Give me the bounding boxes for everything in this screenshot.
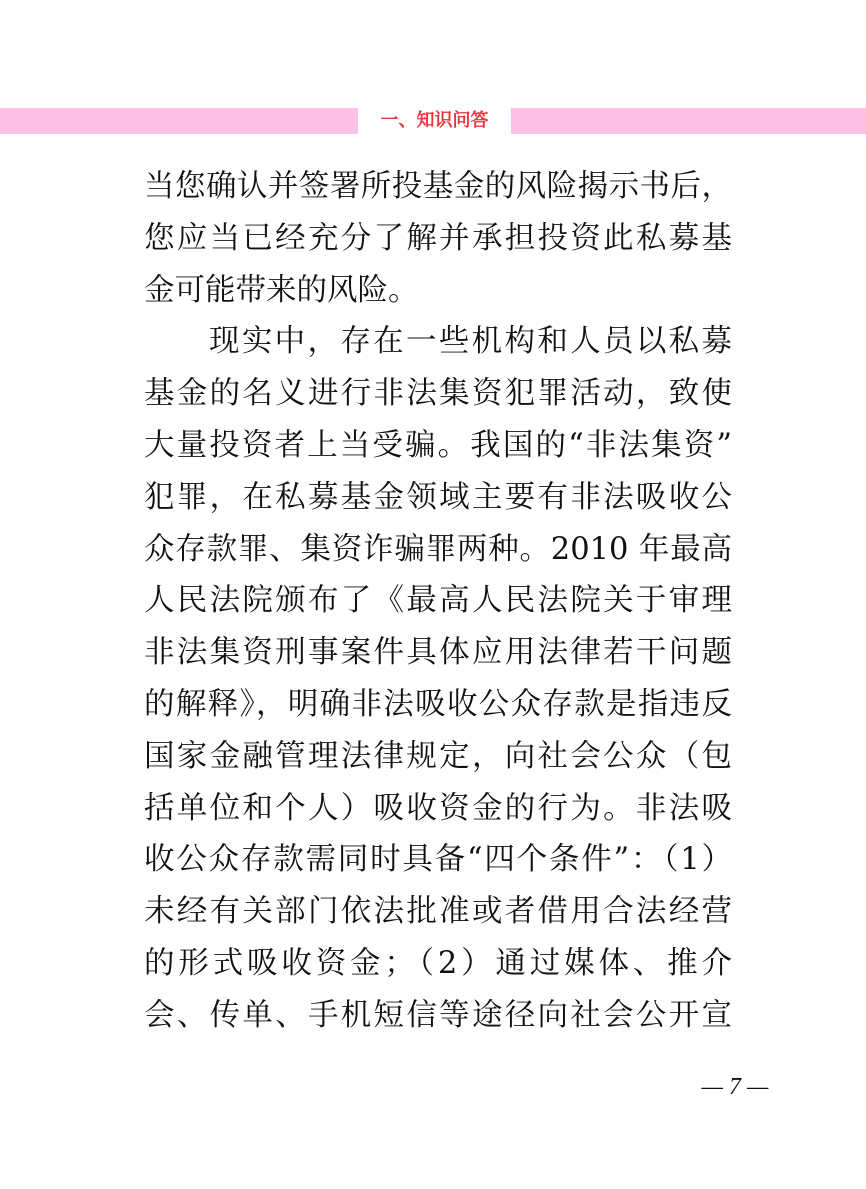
- text-line: 犯罪，在私募基金领域主要有非法吸收公: [144, 472, 732, 524]
- header-band-left: [0, 108, 358, 134]
- text-line: 的解释》，明确非法吸收公众存款是指违反: [144, 679, 732, 731]
- text-line: 您应当已经充分了解并承担投资此私募基: [144, 213, 732, 265]
- body-text: 当您确认并签署所投基金的风险揭示书后， 您应当已经充分了解并承担投资此私募基 金…: [144, 161, 732, 1042]
- text-line: 收公众存款需同时具备“四个条件”：（1）: [144, 834, 732, 886]
- text-line: 当您确认并签署所投基金的风险揭示书后，: [144, 161, 732, 213]
- text-line: 未经有关部门依法批准或者借用合法经营: [144, 886, 732, 938]
- header-band-right: [511, 108, 866, 134]
- text-line: 的形式吸收资金；（2）通过媒体、推介: [144, 938, 732, 990]
- text-line: 人民法院颁布了《最高人民法院关于审理: [144, 575, 732, 627]
- text-line: 金可能带来的风险。: [144, 265, 732, 317]
- text-line: 国家金融管理法律规定，向社会公众（包: [144, 731, 732, 783]
- section-header-band: 一、知识问答: [0, 108, 866, 134]
- page-number: — 7 —: [690, 1072, 780, 1102]
- text-line: 现实中，存在一些机构和人员以私募: [144, 316, 732, 368]
- section-title: 一、知识问答: [358, 107, 511, 135]
- text-line: 基金的名义进行非法集资犯罪活动，致使: [144, 368, 732, 420]
- text-line: 大量投资者上当受骗。我国的“非法集资”: [144, 420, 732, 472]
- text-line: 非法集资刑事案件具体应用法律若干问题: [144, 627, 732, 679]
- text-line: 众存款罪、集资诈骗罪两种。2010 年最高: [144, 524, 732, 576]
- text-line: 括单位和个人）吸收资金的行为。非法吸: [144, 783, 732, 835]
- text-line: 会、传单、手机短信等途径向社会公开宣: [144, 990, 732, 1042]
